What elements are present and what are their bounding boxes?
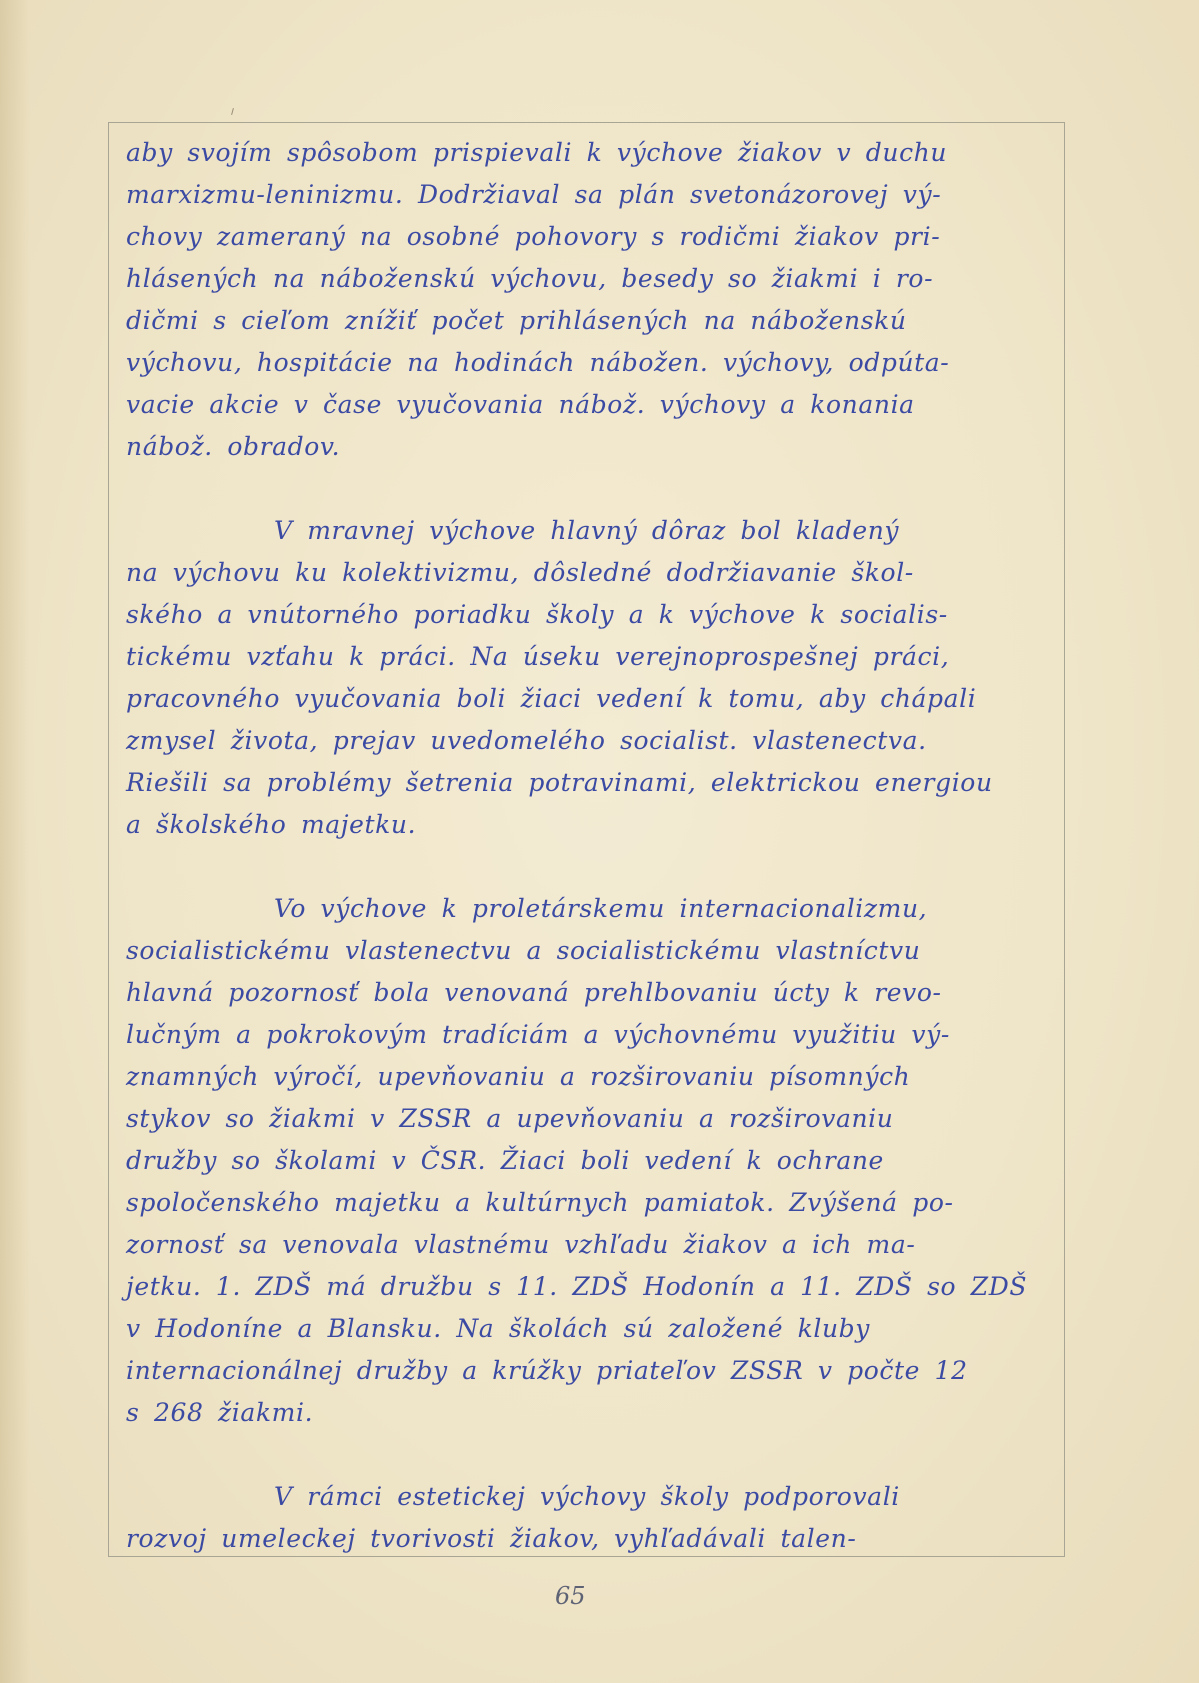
text-line: hlavná pozornosť bola venovaná prehlbova… <box>126 972 1071 1014</box>
page-number: 65 <box>555 1582 586 1610</box>
text-line: tickému vzťahu k práci. Na úseku verejno… <box>126 636 1071 678</box>
paragraph-2-moral-education: V mravnej výchove hlavný dôraz bol klade… <box>126 510 1071 846</box>
text-line: s 268 žiakmi. <box>126 1392 1071 1434</box>
text-line: marxizmu-leninizmu. Dodržiaval sa plán s… <box>126 174 1071 216</box>
text-line: družby so školami v ČSR. Žiaci boli vede… <box>126 1140 1071 1182</box>
text-line: a školského majetku. <box>126 804 1071 846</box>
text-line: aby svojím spôsobom prispievali k výchov… <box>126 132 1071 174</box>
text-line: chovy zameraný na osobné pohovory s rodi… <box>126 216 1071 258</box>
paragraph-1: aby svojím spôsobom prispievali k výchov… <box>126 132 1071 468</box>
text-line: zornosť sa venovala vlastnému vzhľadu ži… <box>126 1224 1071 1266</box>
text-line: výchovu, hospitácie na hodinách nábožen.… <box>126 342 1071 384</box>
text-line: Vo výchove k proletárskemu internacional… <box>126 888 1071 930</box>
text-line: na výchovu ku kolektivizmu, dôsledné dod… <box>126 552 1071 594</box>
text-line: spoločenského majetku a kultúrnych pamia… <box>126 1182 1071 1224</box>
text-line: dičmi s cieľom znížiť počet prihlásených… <box>126 300 1071 342</box>
text-line: nábož. obradov. <box>126 426 1071 468</box>
text-line: pracovného vyučovania boli žiaci vedení … <box>126 678 1071 720</box>
pencil-tick-mark <box>231 108 234 115</box>
text-line: lučným a pokrokovým tradíciám a výchovné… <box>126 1014 1071 1056</box>
text-line: znamných výročí, upevňovaniu a rozširova… <box>126 1056 1071 1098</box>
text-line: hlásených na náboženskú výchovu, besedy … <box>126 258 1071 300</box>
text-line: jetku. 1. ZDŠ má družbu s 11. ZDŠ Hodoní… <box>126 1266 1071 1308</box>
text-line: vacie akcie v čase vyučovania nábož. výc… <box>126 384 1071 426</box>
text-line: zmysel života, prejav uvedomelého social… <box>126 720 1071 762</box>
paragraph-3-internationalism: Vo výchove k proletárskemu internacional… <box>126 888 1071 1434</box>
text-line: internacionálnej družby a krúžky priateľ… <box>126 1350 1071 1392</box>
text-line: V mravnej výchove hlavný dôraz bol klade… <box>126 510 1071 552</box>
text-line: v Hodoníne a Blansku. Na školách sú zalo… <box>126 1308 1071 1350</box>
text-line: rozvoj umeleckej tvorivosti žiakov, vyhľ… <box>126 1518 1071 1560</box>
paragraph-4-aesthetic-education: V rámci estetickej výchovy školy podporo… <box>126 1476 1071 1560</box>
page-gutter-shadow <box>0 0 30 1683</box>
text-line: ského a vnútorného poriadku školy a k vý… <box>126 594 1071 636</box>
handwritten-text-body: aby svojím spôsobom prispievali k výchov… <box>126 132 1071 1560</box>
text-line: Riešili sa problémy šetrenia potravinami… <box>126 762 1071 804</box>
text-line: stykov so žiakmi v ZSSR a upevňovaniu a … <box>126 1098 1071 1140</box>
text-line: V rámci estetickej výchovy školy podporo… <box>126 1476 1071 1518</box>
manuscript-page: aby svojím spôsobom prispievali k výchov… <box>0 0 1199 1683</box>
text-line: socialistickému vlastenectvu a socialist… <box>126 930 1071 972</box>
